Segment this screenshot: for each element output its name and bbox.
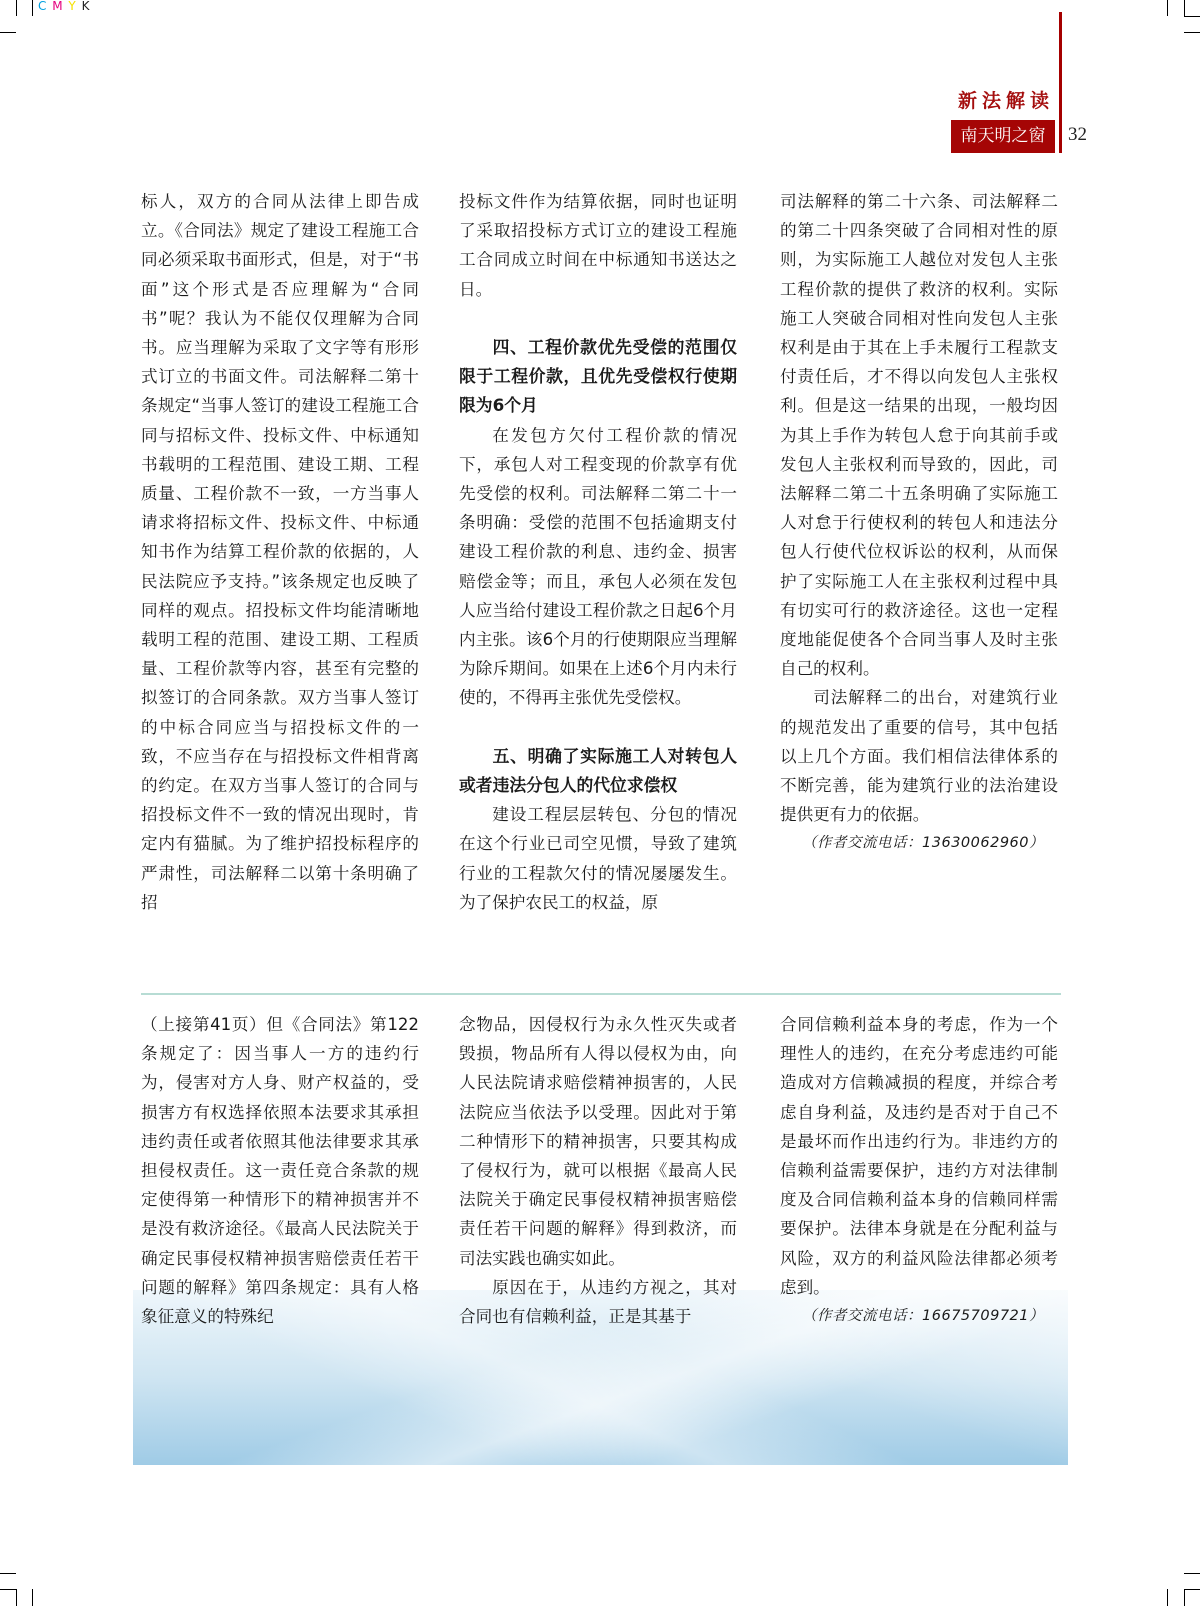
bottom-article-column-3: 合同信赖利益本身的考虑，作为一个理性人的违约，在充分考虑违约可能造成对方信赖减损… [780, 1010, 1058, 1331]
crop-mark-bl-h2 [0, 1589, 16, 1590]
crop-mark-tr-h2 [1184, 32, 1200, 33]
paragraph: 念物品，因侵权行为永久性灭失或者毁损，物品所有人得以侵权为由，向人民法院请求赔偿… [459, 1010, 737, 1273]
crop-mark-br-v [1167, 1589, 1168, 1606]
crop-mark-tr-v [1167, 0, 1168, 16]
paragraph: 合同信赖利益本身的考虑，作为一个理性人的违约，在充分考虑违约可能造成对方信赖减损… [780, 1010, 1058, 1302]
article-divider [141, 993, 1061, 995]
cmyk-m: M [52, 0, 63, 13]
paragraph: 建设工程层层转包、分包的情况在这个行业已司空见惯，导致了建筑行业的工程款欠付的情… [459, 800, 737, 917]
spacer [459, 713, 737, 742]
author-contact: （作者交流电话：16675709721） [780, 1302, 1058, 1331]
header-vertical-rule [1059, 12, 1062, 153]
top-article-column-2: 投标文件作为结算依据，同时也证明了采取招投标方式订立的建设工程施工合同成立时间在… [459, 187, 737, 917]
author-contact: （作者交流电话：13630062960） [780, 829, 1058, 858]
crop-mark-tl-v2 [32, 0, 33, 16]
paragraph: 原因在于，从违约方视之，其对合同也有信赖利益，正是其基于 [459, 1273, 737, 1331]
crop-mark-tr-v2 [1184, 0, 1185, 16]
paragraph: 在发包方欠付工程价款的情况下，承包人对工程变现的价款享有优先受偿的权利。司法解释… [459, 421, 737, 713]
bottom-article-column-2: 念物品，因侵权行为永久性灭失或者毁损，物品所有人得以侵权为由，向人民法院请求赔偿… [459, 1010, 737, 1331]
paragraph: 投标文件作为结算依据，同时也证明了采取招投标方式订立的建设工程施工合同成立时间在… [459, 187, 737, 304]
paragraph: 司法解释的第二十六条、司法解释二的第二十四条突破了合同相对性的原则，为实际施工人… [780, 187, 1058, 683]
page-number: 32 [1068, 124, 1087, 146]
bottom-article-column-1: （上接第41页）但《合同法》第122条规定了：因当事人一方的违约行为，侵害对方人… [141, 1010, 419, 1331]
section-heading-4: 四、工程价款优先受偿的范围仅限于工程价款，且优先受偿权行使期限为6个月 [459, 333, 737, 421]
cmyk-color-bar: C M Y K [38, 0, 90, 12]
crop-mark-tl-v [16, 0, 17, 16]
crop-mark-br-v2 [1184, 1589, 1185, 1606]
crop-mark-bl-h [0, 1573, 16, 1574]
section-title: 新法解读 [950, 86, 1054, 113]
cmyk-c: C [38, 0, 47, 13]
paragraph: 标人，双方的合同从法律上即告成立。《合同法》规定了建设工程施工合同必须采取书面形… [141, 187, 419, 917]
column-badge: 南天明之窗 [951, 120, 1055, 153]
crop-mark-br-h [1184, 1573, 1200, 1574]
crop-mark-bl-v2 [32, 1589, 33, 1606]
paragraph: （上接第41页）但《合同法》第122条规定了：因当事人一方的违约行为，侵害对方人… [141, 1010, 419, 1331]
crop-mark-tl-h [0, 32, 16, 33]
paragraph: 司法解释二的出台，对建筑行业的规范发出了重要的信号，其中包括以上几个方面。我们相… [780, 683, 1058, 829]
crop-mark-tr-h [1184, 16, 1200, 17]
crop-mark-bl-v [16, 1589, 17, 1606]
top-article-column-3: 司法解释的第二十六条、司法解释二的第二十四条突破了合同相对性的原则，为实际施工人… [780, 187, 1058, 859]
section-heading-5: 五、明确了实际施工人对转包人或者违法分包人的代位求偿权 [459, 742, 737, 800]
cmyk-k: K [82, 0, 91, 13]
cmyk-y: Y [68, 0, 76, 13]
top-article-column-1: 标人，双方的合同从法律上即告成立。《合同法》规定了建设工程施工合同必须采取书面形… [141, 187, 419, 917]
crop-mark-br-h2 [1184, 1589, 1200, 1590]
spacer [459, 304, 737, 333]
